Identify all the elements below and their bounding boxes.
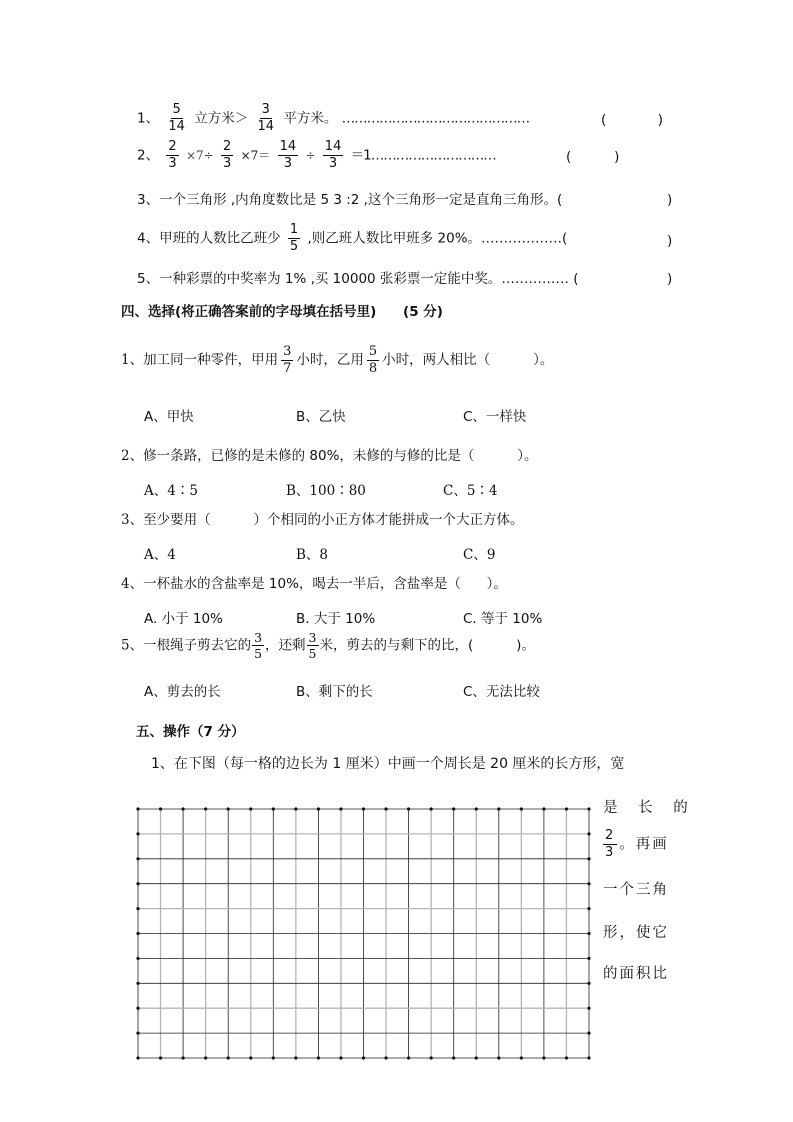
grid-dot	[587, 1056, 590, 1059]
grid-dot	[520, 807, 523, 810]
grid-dot	[182, 807, 185, 810]
grid-dot	[587, 957, 590, 960]
grid-dot	[227, 1056, 230, 1059]
grid-dot	[565, 1056, 568, 1059]
grid-dot	[294, 807, 297, 810]
grid-dot	[542, 1056, 545, 1059]
grid-dot	[136, 982, 139, 985]
grid-dot	[452, 1056, 455, 1059]
grid-dot	[362, 1056, 365, 1059]
grid-dot	[136, 857, 139, 860]
grid-dot	[384, 807, 387, 810]
grid-dot	[339, 1056, 342, 1059]
grid-dot	[204, 1056, 207, 1059]
grid-dot	[227, 807, 230, 810]
grid-dot	[204, 807, 207, 810]
grid-dot	[430, 807, 433, 810]
grid-dot	[159, 807, 162, 810]
grid-dot	[136, 1007, 139, 1010]
grid-dot	[317, 1056, 320, 1059]
grid-dot	[249, 807, 252, 810]
grid-dot	[565, 807, 568, 810]
grid-dot	[136, 932, 139, 935]
grid-dot	[452, 807, 455, 810]
grid-dot	[272, 807, 275, 810]
grid-dot	[430, 1056, 433, 1059]
grid-dot	[136, 1032, 139, 1035]
grid-dot	[587, 807, 590, 810]
grid-dot	[587, 1007, 590, 1010]
grid-dot	[317, 807, 320, 810]
grid-dot	[362, 807, 365, 810]
grid-dot	[339, 807, 342, 810]
grid-dot	[587, 907, 590, 910]
grid-dot	[136, 882, 139, 885]
grid-dot	[497, 1056, 500, 1059]
grid-dot	[182, 1056, 185, 1059]
grid-dot	[136, 957, 139, 960]
grid-dot	[475, 1056, 478, 1059]
grid-dot	[587, 882, 590, 885]
grid-dot	[587, 832, 590, 835]
grid-dot	[384, 1056, 387, 1059]
grid-dot	[249, 1056, 252, 1059]
grid-dot	[136, 1056, 139, 1059]
grid-dot	[587, 982, 590, 985]
grid-dot	[272, 1056, 275, 1059]
grid-dot	[587, 932, 590, 935]
grid-dot	[407, 1056, 410, 1059]
dot-grid[interactable]	[0, 0, 793, 1122]
grid-dot	[520, 1056, 523, 1059]
grid-dot	[497, 807, 500, 810]
grid-dot	[136, 907, 139, 910]
grid-dot	[159, 1056, 162, 1059]
grid-dot	[542, 807, 545, 810]
grid-dot	[407, 807, 410, 810]
grid-dot	[587, 857, 590, 860]
grid-dot	[587, 1032, 590, 1035]
grid-dot	[475, 807, 478, 810]
grid-dot	[136, 807, 139, 810]
grid-dot	[136, 832, 139, 835]
grid-dot	[294, 1056, 297, 1059]
